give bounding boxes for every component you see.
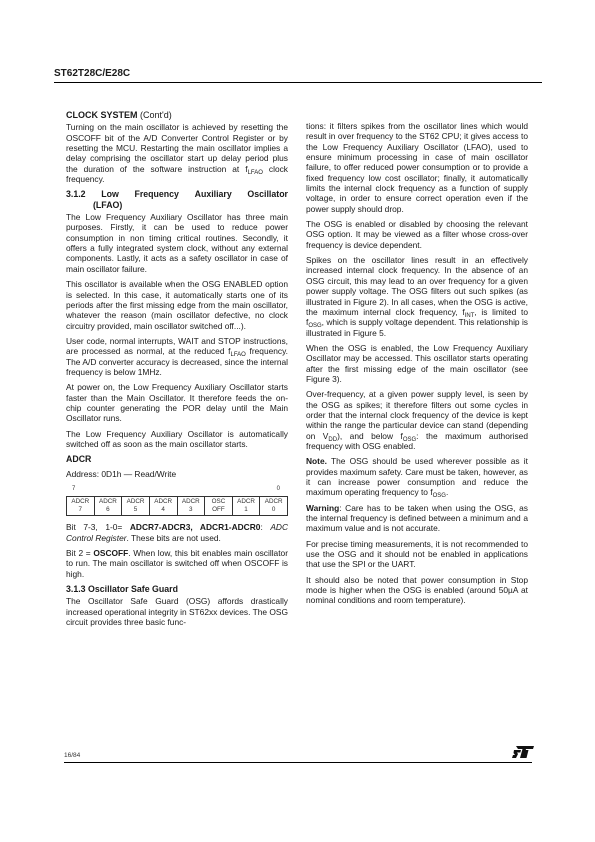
- paragraph: The Low Frequency Auxiliary Oscillator h…: [66, 212, 288, 274]
- register-bit-cell: ADCR3: [177, 497, 205, 516]
- bit-description: Bit 7-3, 1-0= ADCR7-ADCR3, ADCR1-ADCR0: …: [66, 522, 288, 543]
- paragraph: Over-frequency, at a given power supply …: [306, 389, 528, 451]
- register-bit-table: ADCR7 ADCR6 ADCR5 ADCR4 ADCR3 OSCOFF ADC…: [66, 496, 288, 516]
- header-divider: [54, 82, 542, 83]
- paragraph: At power on, the Low Frequency Auxiliary…: [66, 382, 288, 423]
- warning-paragraph: Warning: Care has to be taken when using…: [306, 503, 528, 534]
- register-bit-cell: ADCR0: [260, 497, 288, 516]
- register-address: Address: 0D1h — Read/Write: [66, 469, 288, 479]
- footer-divider: [64, 762, 532, 763]
- paragraph: The Low Frequency Auxiliary Oscillator i…: [66, 429, 288, 450]
- register-bit-cell: ADCR4: [149, 497, 177, 516]
- note-paragraph: Note. The OSG should be used wherever po…: [306, 456, 528, 497]
- paragraph: tions: it filters spikes from the oscill…: [306, 121, 528, 214]
- paragraph: Turning on the main oscillator is achiev…: [66, 122, 288, 184]
- register-bit-cell: ADCR1: [232, 497, 260, 516]
- subsection-3-1-3-heading: 3.1.3 Oscillator Safe Guard: [66, 584, 288, 594]
- subsection-3-1-2-heading: 3.1.2 Low Frequency Auxiliary Oscillator…: [66, 189, 288, 210]
- bit-index-row: 70: [66, 484, 288, 494]
- bit-description: Bit 2 = OSCOFF. When low, this bit enabl…: [66, 548, 288, 579]
- section-cont: (Cont'd): [140, 110, 172, 120]
- register-name: ADCR: [66, 454, 288, 464]
- paragraph: User code, normal interrupts, WAIT and S…: [66, 336, 288, 377]
- register-bit-cell: ADCR7: [67, 497, 95, 516]
- left-column: CLOCK SYSTEM (Cont'd) Turning on the mai…: [66, 110, 288, 632]
- register-bit-cell: OSCOFF: [205, 497, 233, 516]
- page-number: 16/84: [64, 752, 80, 759]
- section-title: CLOCK SYSTEM (Cont'd): [66, 110, 288, 120]
- right-column: tions: it filters spikes from the oscill…: [306, 121, 528, 611]
- register-bit-cell: ADCR6: [94, 497, 122, 516]
- paragraph: Spikes on the oscillator lines result in…: [306, 255, 528, 338]
- paragraph: The OSG is enabled or disabled by choosi…: [306, 219, 528, 250]
- document-title: ST62T28C/E28C: [54, 68, 130, 79]
- st-logo-icon: [512, 746, 534, 758]
- register-bit-cell: ADCR5: [122, 497, 150, 516]
- paragraph: This oscillator is available when the OS…: [66, 279, 288, 331]
- paragraph: It should also be noted that power consu…: [306, 575, 528, 606]
- paragraph: The Oscillator Safe Guard (OSG) affords …: [66, 596, 288, 627]
- paragraph: When the OSG is enabled, the Low Frequen…: [306, 343, 528, 384]
- paragraph: For precise timing measurements, it is n…: [306, 539, 528, 570]
- section-title-text: CLOCK SYSTEM: [66, 110, 138, 120]
